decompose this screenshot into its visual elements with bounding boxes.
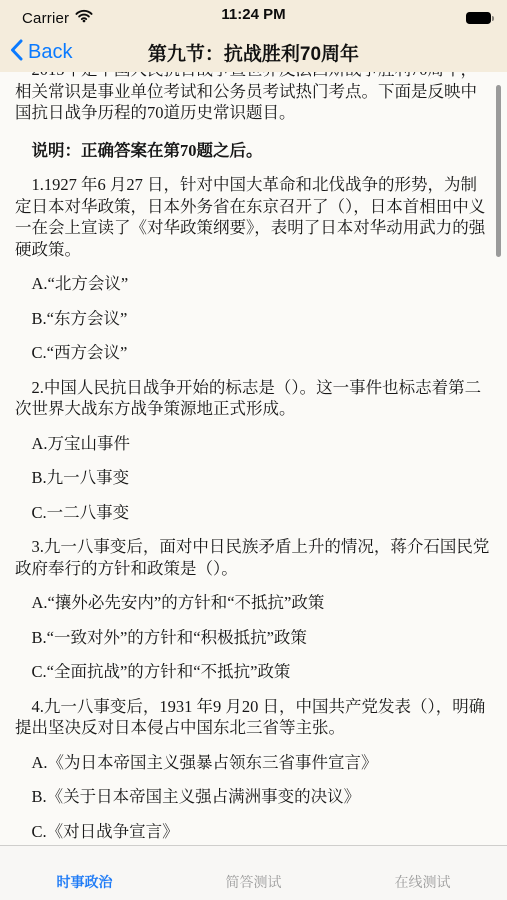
option-line: A.“北方会议” (15, 273, 493, 295)
option-line: C.《对日战争宣言》 (15, 821, 493, 843)
intro-paragraph: 2015年是中国人民抗日战争暨世界反法西斯战争胜利70周年，相关常识是事业单位考… (15, 72, 493, 124)
app-screen: Carrier 11:24 PM Back 第九节 (0, 0, 507, 900)
nav-bar: Back 第九节：抗战胜利70周年 (0, 32, 507, 72)
question-stem: 1.1927 年6 月27 日，针对中国大革命和北伐战争的形势，为制定日本对华政… (15, 174, 493, 260)
option-line: C.“全面抗战”的方针和“不抵抗”政策 (15, 661, 493, 683)
status-time: 11:24 PM (0, 6, 507, 23)
status-bar: Carrier 11:24 PM (0, 0, 507, 32)
question-stem: 2.中国人民抗日战争开始的标志是（）。这一事件也标志着第二次世界大战东方战争策源… (15, 377, 493, 420)
option-line: B.九一八事变 (15, 467, 493, 489)
tab-current-affairs[interactable]: 时事政治 (0, 846, 169, 900)
option-line: A.“攘外必先安内”的方针和“不抵抗”政策 (15, 592, 493, 614)
option-line: C.“西方会议” (15, 342, 493, 364)
option-line: B.“东方会议” (15, 308, 493, 330)
option-line: C.一二八事变 (15, 502, 493, 524)
tab-short-answer-test[interactable]: 简答测试 (169, 846, 338, 900)
page-title: 第九节：抗战胜利70周年 (0, 39, 507, 66)
tab-bar: 时事政治 简答测试 在线测试 (0, 845, 507, 900)
document-view[interactable]: 2015年是中国人民抗日战争暨世界反法西斯战争胜利70周年，相关常识是事业单位考… (0, 72, 507, 845)
option-line: B.《关于日本帝国主义强占满洲事变的决议》 (15, 786, 493, 808)
option-line: A.《为日本帝国主义强暴占领东三省事件宣言》 (15, 752, 493, 774)
document-body: 2015年是中国人民抗日战争暨世界反法西斯战争胜利70周年，相关常识是事业单位考… (0, 72, 507, 845)
question-stem: 4.九一八事变后，1931 年9 月20 日，中国共产党发表（），明确提出坚决反… (15, 696, 493, 739)
status-right (466, 12, 491, 24)
tab-label: 简答测试 (226, 872, 282, 892)
tab-online-test[interactable]: 在线测试 (338, 846, 507, 900)
note-paragraph: 说明：正确答案在第70题之后。 (15, 140, 493, 162)
question-stem: 3.九一八事变后，面对中日民族矛盾上升的情况，蒋介石国民党政府奉行的方针和政策是… (15, 536, 493, 579)
tab-label: 时事政治 (57, 872, 113, 892)
option-line: A.万宝山事件 (15, 433, 493, 455)
option-line: B.“一致对外”的方针和“积极抵抗”政策 (15, 627, 493, 649)
scrollbar[interactable] (496, 85, 501, 257)
tab-label: 在线测试 (395, 872, 451, 892)
battery-icon (466, 12, 491, 24)
